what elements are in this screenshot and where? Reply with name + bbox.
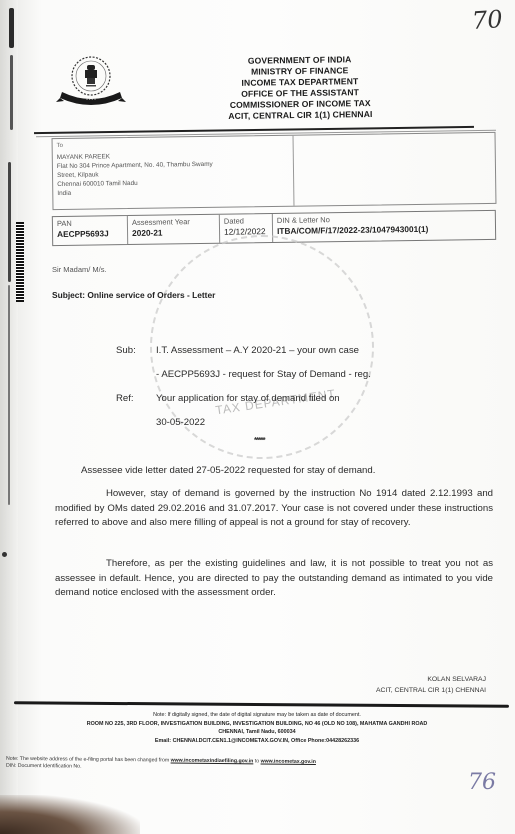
- din-cell: DIN & Letter No ITBA/COM/F/17/2022-23/10…: [273, 211, 495, 242]
- ref-line-1: Your application for stay of demand file…: [156, 387, 340, 411]
- assessment-year-value: 2020-21: [132, 227, 215, 238]
- punch-hole: [2, 552, 7, 557]
- footer-contact: Email: CHENNAI.DCIT.CEN1.1@INCOMETAX.GOV…: [12, 737, 502, 746]
- india-emblem-icon: * * * *: [56, 52, 126, 112]
- footer-address: ROOM NO 225, 3RD FLOOR, INVESTIGATION BU…: [12, 720, 502, 729]
- footer: Note: If digitally signed, the date of d…: [12, 711, 502, 745]
- signature-block: KOLAN SELVARAJ ACIT, CENTRAL CIR 1(1) CH…: [300, 674, 486, 696]
- barcode-strip: [16, 222, 24, 302]
- assessment-year-label: Assessment Year: [132, 217, 215, 227]
- footer-city: CHENNAI, Tamil Nadu, 600034: [12, 728, 502, 737]
- handwritten-page-number-bottom: 76: [468, 770, 496, 795]
- signatory-name: KOLAN SELVARAJ: [300, 674, 486, 685]
- sub-line-1: I.T. Assessment – A.Y 2020-21 – your own…: [156, 339, 359, 363]
- photo-shadow: [0, 795, 140, 834]
- box-divider: [293, 136, 295, 206]
- dated-label: Dated: [224, 216, 268, 226]
- footer-note: Note: If digitally signed, the date of d…: [12, 711, 502, 720]
- to-word: to: [255, 758, 259, 764]
- letterhead: GOVERNMENT OF INDIA MINISTRY OF FINANCE …: [200, 54, 401, 123]
- section-separator: *****: [254, 436, 265, 445]
- recipient-address-box: To MAYANK PAREEK Flat No 304 Prince Apar…: [52, 132, 497, 210]
- binding-strip: [9, 8, 14, 48]
- binding-strip: [8, 162, 11, 282]
- pan-label: PAN: [57, 218, 123, 228]
- binding-edge: [0, 0, 18, 834]
- svg-text:* * * *: * * * *: [86, 97, 96, 102]
- signatory-designation: ACIT, CENTRAL CIR 1(1) CHENNAI: [300, 685, 486, 696]
- body-paragraph-1: Assessee vide letter dated 27-05-2022 re…: [55, 464, 493, 479]
- handwritten-page-number-top: 70: [471, 5, 503, 35]
- ref-label: Ref:: [116, 387, 156, 411]
- sub-line-2: - AECPP5693J - request for Stay of Deman…: [156, 363, 371, 387]
- body-paragraph-3: Therefore, as per the existing guideline…: [55, 557, 493, 601]
- sub-label: Sub:: [116, 339, 156, 363]
- ref-line-2: 30-05-2022: [156, 411, 205, 435]
- binding-strip: [10, 55, 13, 130]
- subject-line: Subject: Online service of Orders - Lett…: [52, 290, 215, 300]
- assessment-year-cell: Assessment Year 2020-21: [128, 215, 220, 244]
- din-value: ITBA/COM/F/17/2022-23/1047943001(1): [277, 223, 491, 236]
- salutation: Sir Madam/ M/s.: [52, 265, 107, 274]
- body-paragraph-2: However, stay of demand is governed by t…: [55, 487, 493, 531]
- old-portal-link[interactable]: www.incometaxindiaefiling.gov.in: [171, 758, 254, 765]
- new-portal-link[interactable]: www.incometax.gov.in: [261, 758, 316, 765]
- pan-value: AECPP5693J: [57, 228, 123, 239]
- to-label: To: [57, 143, 63, 149]
- pan-cell: PAN AECPP5693J: [53, 216, 128, 245]
- sub-ref-block: Sub:I.T. Assessment – A.Y 2020-21 – your…: [116, 339, 371, 435]
- binding-strip: [8, 285, 10, 505]
- recipient-address: MAYANK PAREEK Flat No 304 Prince Apartme…: [57, 151, 213, 198]
